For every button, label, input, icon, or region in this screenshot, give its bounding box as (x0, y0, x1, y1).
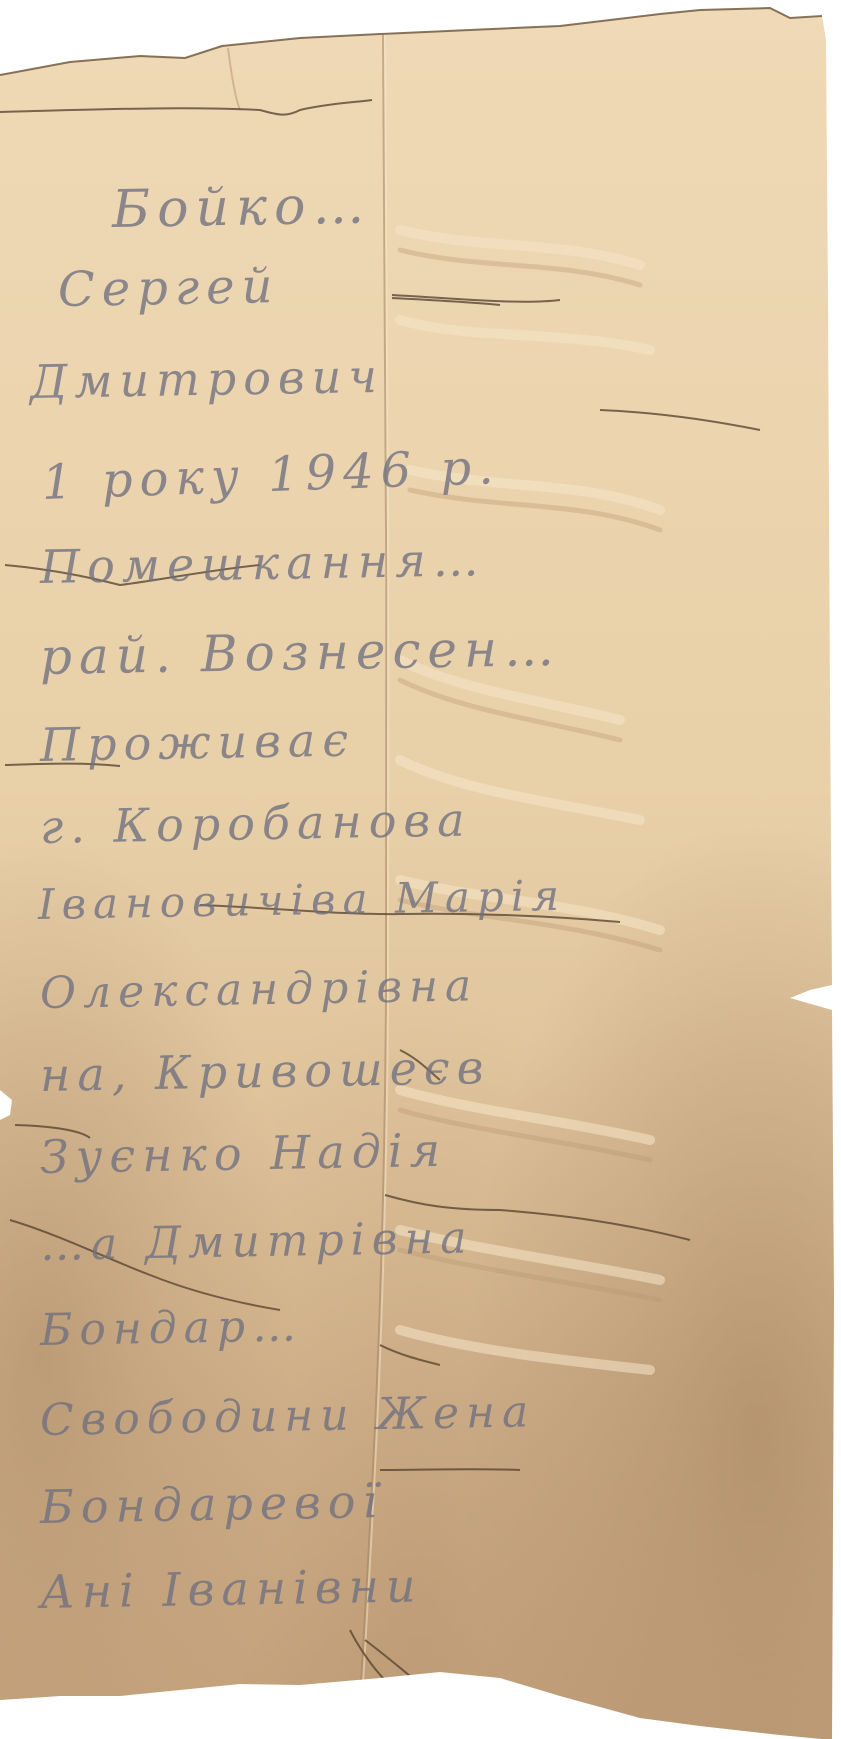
handwritten-line-6: рай. Вознесен… (39, 619, 561, 686)
handwritten-line-10: Олександрівна (40, 960, 479, 1019)
handwritten-line-11: на, Кривошеєв (40, 1040, 491, 1102)
handwritten-line-17: Ані Іванівни (40, 1558, 423, 1619)
handwritten-text: Бойко… Сергей Дмитрович 1 року 1946 р. П… (0, 0, 841, 1739)
handwritten-line-4: 1 року 1946 р. (41, 439, 501, 511)
handwritten-line-5: Помешкання… (40, 532, 487, 594)
handwritten-line-16: Бондаревої (40, 1474, 385, 1534)
handwritten-line-1: Бойко… (111, 175, 371, 240)
handwritten-line-8: г. Коробанова (40, 792, 473, 854)
handwritten-line-14: Бондар… (40, 1300, 304, 1356)
handwritten-line-12: Зуєнко Надія (40, 1123, 448, 1184)
handwritten-line-2: Сергей (58, 258, 280, 318)
scanned-document: Бойко… Сергей Дмитрович 1 року 1946 р. П… (0, 0, 841, 1739)
handwritten-line-13: …а Дмитрівна (40, 1212, 474, 1271)
handwritten-line-9: Івановичіва Марія (38, 871, 567, 929)
handwritten-line-7: Проживає (40, 713, 356, 772)
handwritten-line-3: Дмитрович (30, 349, 385, 409)
handwritten-line-15: Свободини Жена (40, 1386, 536, 1446)
